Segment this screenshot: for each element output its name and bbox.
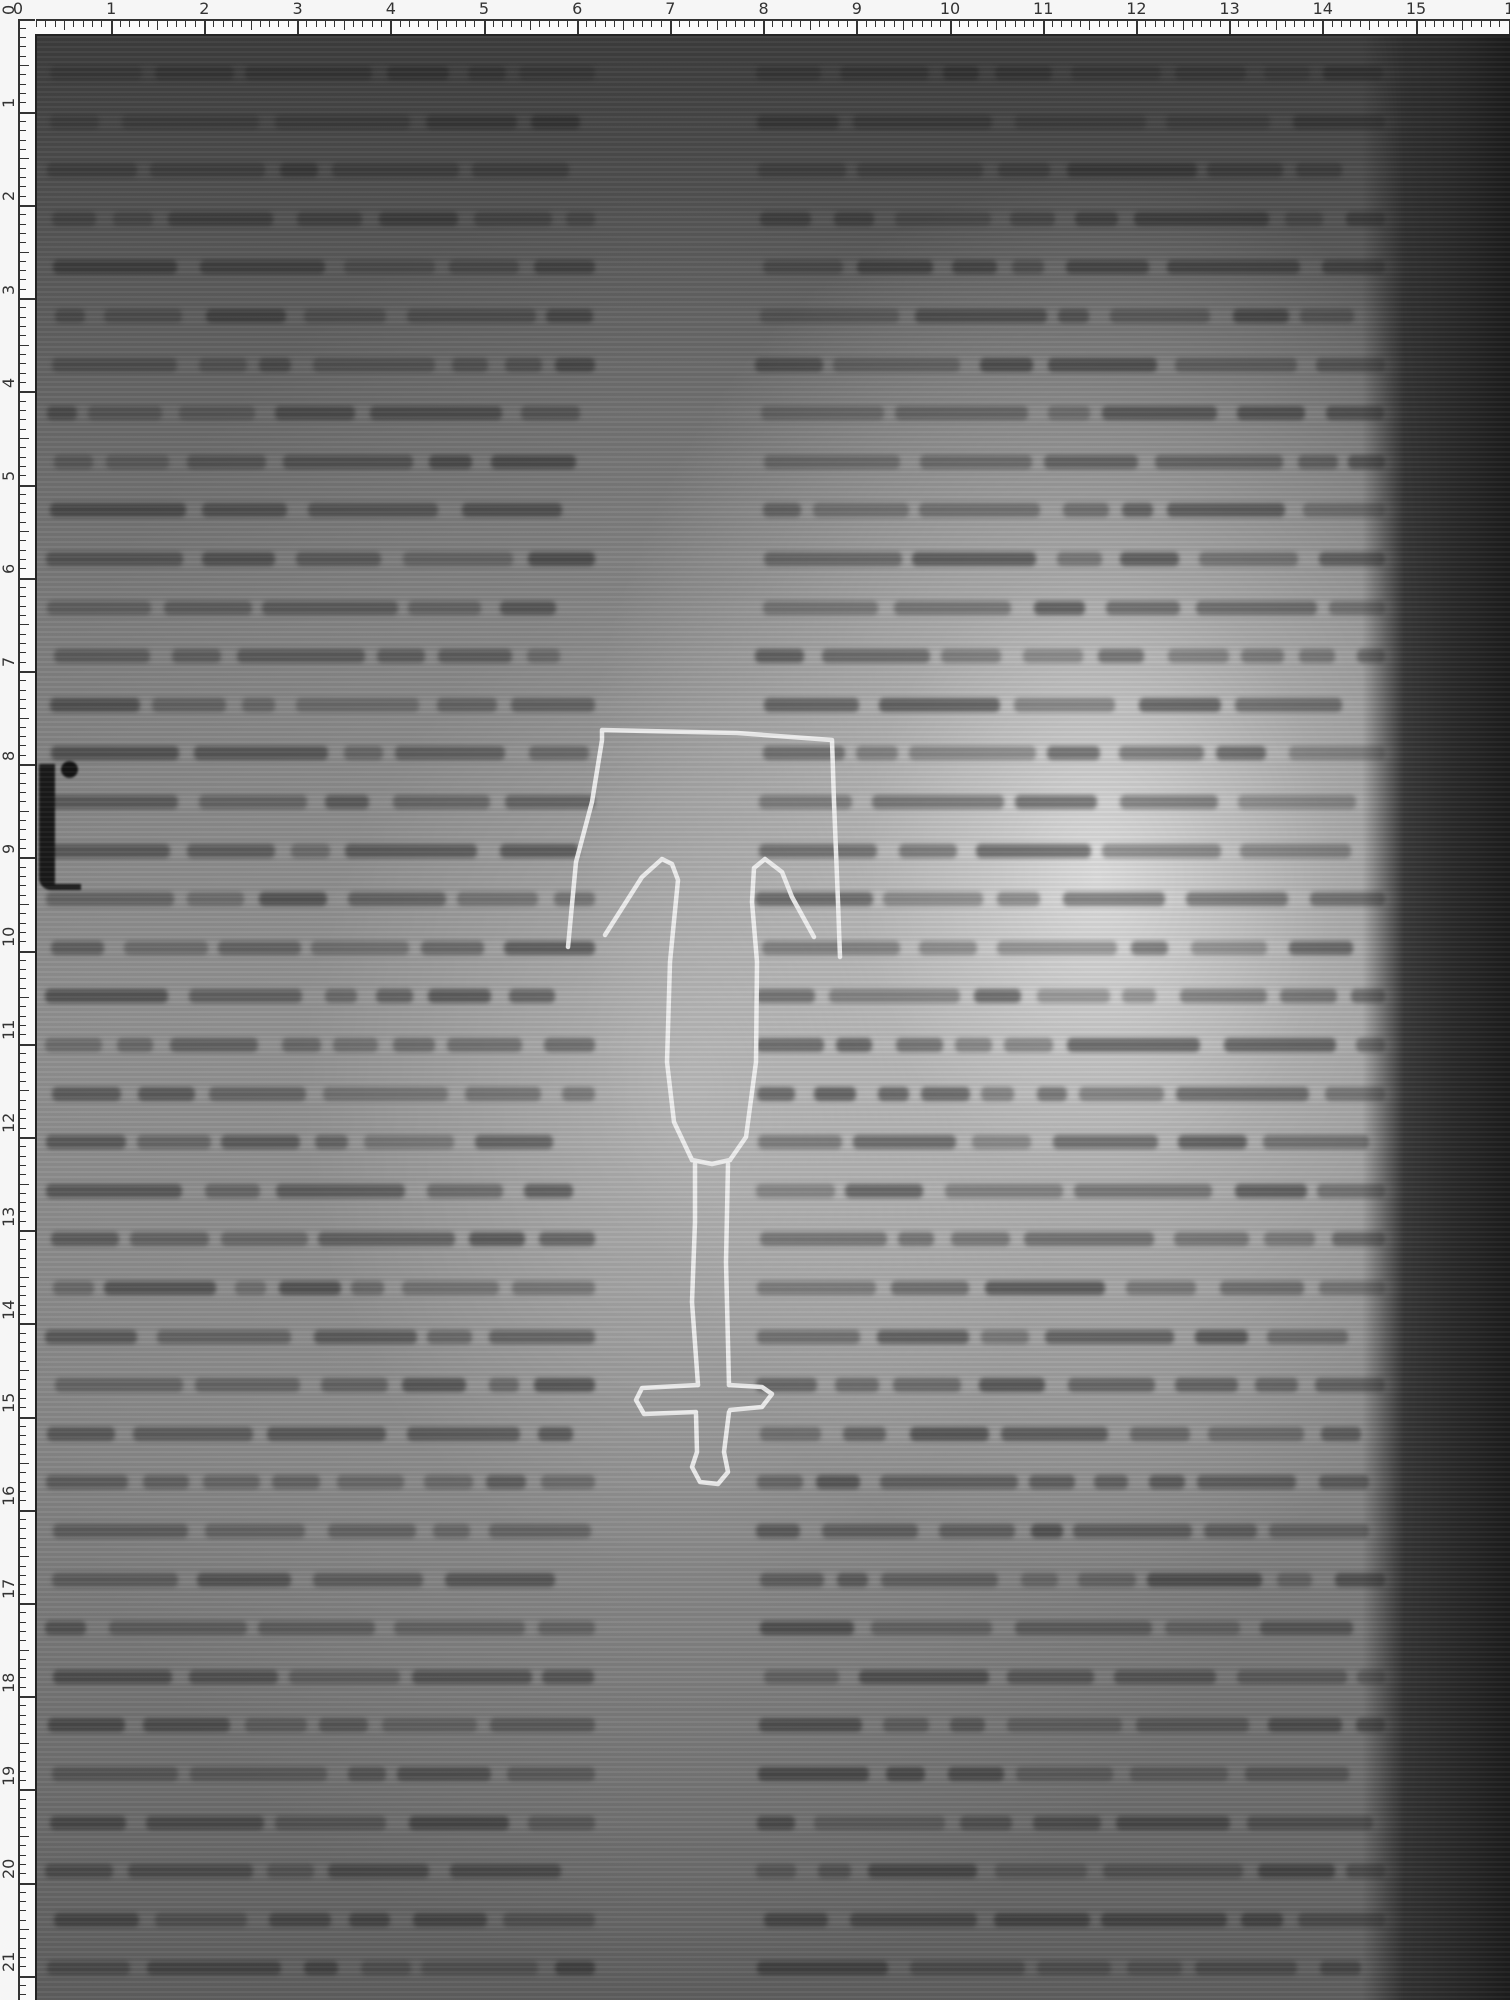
ruler-tick bbox=[20, 196, 26, 197]
ruler-tick bbox=[372, 21, 373, 27]
ruler-label: 20 bbox=[1, 1859, 17, 1879]
ruler-tick bbox=[20, 1305, 26, 1306]
ruler-tick bbox=[20, 1500, 26, 1501]
ruler-tick bbox=[20, 391, 35, 393]
ruler-label: 12 bbox=[1, 1113, 17, 1133]
ruler-label: 18 bbox=[1, 1672, 17, 1692]
ruler-tick bbox=[20, 485, 35, 487]
ruler-tick bbox=[20, 1006, 26, 1007]
ruler-tick bbox=[1388, 21, 1389, 27]
ruler-tick bbox=[20, 662, 26, 663]
ruler-tick bbox=[20, 773, 26, 774]
ruler-tick bbox=[20, 1547, 26, 1548]
ruler-tick bbox=[931, 21, 932, 27]
ruler-tick bbox=[20, 606, 26, 607]
ruler-tick bbox=[232, 21, 233, 27]
ruler-tick bbox=[20, 801, 26, 802]
ruler-tick bbox=[651, 21, 652, 27]
ruler-tick bbox=[20, 1715, 26, 1716]
ruler-label: 1 bbox=[1504, 0, 1510, 17]
ruler-tick bbox=[20, 1351, 26, 1352]
ruler-tick bbox=[1071, 21, 1072, 27]
ruler-tick bbox=[465, 21, 466, 27]
ruler-tick bbox=[20, 1417, 35, 1419]
ruler-tick bbox=[1332, 21, 1333, 27]
ruler-tick bbox=[20, 1724, 26, 1725]
ruler-tick bbox=[157, 21, 158, 30]
ruler-tick bbox=[20, 373, 26, 374]
ruler-label: 1 bbox=[1, 98, 17, 108]
ruler-tick bbox=[20, 1752, 26, 1753]
ruler-label: 12 bbox=[1126, 0, 1146, 17]
ruler-tick bbox=[511, 21, 512, 27]
ruler-tick bbox=[1220, 21, 1221, 27]
ruler-tick bbox=[20, 1118, 26, 1119]
ruler-tick bbox=[260, 21, 261, 27]
ruler-tick bbox=[1108, 21, 1109, 27]
ruler-tick bbox=[20, 1575, 26, 1576]
ruler-tick bbox=[20, 1743, 29, 1744]
ruler-tick bbox=[1155, 21, 1156, 27]
ruler-tick bbox=[1173, 21, 1174, 27]
ruler-tick bbox=[1285, 21, 1286, 27]
ruler-tick bbox=[20, 624, 29, 625]
ruler-tick bbox=[20, 1603, 35, 1605]
ruler-tick bbox=[20, 1221, 26, 1222]
ruler-label: 6 bbox=[1, 564, 17, 574]
ruler-tick bbox=[20, 1295, 26, 1296]
ruler-tick bbox=[20, 1444, 26, 1445]
ruler-label: 19 bbox=[1, 1765, 17, 1785]
ruler-tick bbox=[20, 28, 26, 29]
ruler-tick bbox=[20, 1146, 26, 1147]
ruler-tick bbox=[20, 363, 26, 364]
ruler-tick bbox=[20, 429, 26, 430]
ruler-tick bbox=[1033, 21, 1034, 27]
ruler-tick bbox=[20, 1230, 35, 1232]
ruler-tick bbox=[20, 1072, 26, 1073]
ruler-tick bbox=[20, 84, 26, 85]
ruler-tick bbox=[45, 21, 46, 27]
ruler-tick bbox=[437, 21, 438, 30]
ruler-tick bbox=[20, 466, 26, 467]
ruler-tick bbox=[614, 21, 615, 27]
ruler-tick bbox=[213, 21, 214, 27]
ruler-tick bbox=[1360, 21, 1361, 27]
ruler-tick bbox=[633, 21, 634, 27]
ruler-tick bbox=[20, 1901, 26, 1902]
ruler-tick bbox=[1024, 21, 1025, 27]
ruler-tick bbox=[20, 512, 26, 513]
ruler-tick bbox=[493, 21, 494, 27]
ruler-tick bbox=[20, 186, 26, 187]
ruler-tick bbox=[20, 401, 26, 402]
ruler-tick bbox=[20, 494, 26, 495]
ruler-tick bbox=[791, 21, 792, 27]
ruler-tick bbox=[20, 270, 26, 271]
ruler-tick bbox=[251, 21, 252, 30]
ruler-tick bbox=[185, 21, 186, 27]
ruler-label: 8 bbox=[1, 750, 17, 760]
ruler-tick bbox=[20, 1612, 26, 1613]
ruler-tick bbox=[20, 1948, 26, 1949]
ruler-tick bbox=[20, 279, 26, 280]
ruler-tick bbox=[20, 671, 35, 673]
ruler-tick bbox=[968, 21, 969, 27]
ruler-tick bbox=[20, 1668, 26, 1669]
ruler-tick bbox=[20, 522, 26, 523]
ruler-tick bbox=[241, 21, 242, 27]
ruler-tick bbox=[20, 1323, 35, 1325]
ruler-tick bbox=[20, 1249, 26, 1250]
ruler-tick bbox=[129, 21, 130, 27]
ruler-tick bbox=[20, 1817, 26, 1818]
ruler-tick bbox=[20, 1659, 26, 1660]
ruler-tick bbox=[20, 382, 26, 383]
watermark-outline-icon bbox=[37, 36, 1510, 2000]
page-edge-shadow bbox=[1362, 36, 1510, 2000]
ruler-tick bbox=[1192, 21, 1193, 27]
ruler-tick bbox=[1304, 21, 1305, 27]
ruler-tick bbox=[20, 205, 35, 207]
ruler-tick bbox=[726, 21, 727, 27]
ruler-tick bbox=[20, 112, 35, 114]
ruler-label: 0 bbox=[1, 5, 17, 15]
ruler-tick bbox=[20, 289, 26, 290]
ruler-tick bbox=[120, 21, 121, 27]
ruler-tick bbox=[20, 1883, 35, 1885]
ruler-tick bbox=[306, 21, 307, 27]
ruler-tick bbox=[800, 21, 801, 27]
ruler-tick bbox=[20, 1100, 26, 1101]
ruler-tick bbox=[20, 19, 35, 21]
ruler-tick bbox=[20, 755, 26, 756]
ruler-tick bbox=[20, 1491, 26, 1492]
ruler-tick bbox=[20, 550, 26, 551]
ruler-label: 2 bbox=[199, 0, 209, 17]
ruler-tick bbox=[20, 1696, 35, 1698]
ruler-tick bbox=[20, 895, 26, 896]
ruler-label: 9 bbox=[852, 0, 862, 17]
ruler-tick bbox=[922, 21, 923, 27]
ruler-tick bbox=[20, 969, 26, 970]
ruler-tick bbox=[20, 298, 35, 300]
ruler-tick bbox=[20, 820, 26, 821]
ruler-tick bbox=[1313, 21, 1314, 27]
ruler-tick bbox=[20, 1584, 26, 1585]
ruler-tick bbox=[20, 568, 26, 569]
ruler-tick bbox=[36, 21, 37, 27]
ruler-tick bbox=[689, 21, 690, 27]
ruler-tick bbox=[20, 74, 26, 75]
ruler-tick bbox=[20, 1016, 26, 1017]
ruler-tick bbox=[20, 531, 29, 532]
ruler-tick bbox=[20, 559, 26, 560]
ruler-tick bbox=[20, 1165, 26, 1166]
ruler-tick bbox=[20, 960, 26, 961]
ruler-tick bbox=[167, 21, 168, 27]
ruler-tick bbox=[605, 21, 606, 27]
ruler-tick bbox=[20, 419, 26, 420]
ruler-tick bbox=[20, 867, 26, 868]
ruler-tick bbox=[20, 1622, 26, 1623]
ruler-label: 3 bbox=[293, 0, 303, 17]
ruler-tick bbox=[20, 1957, 26, 1958]
ruler-tick bbox=[754, 21, 755, 27]
ruler-tick bbox=[20, 1314, 26, 1315]
ruler-label: 2 bbox=[1, 191, 17, 201]
ruler-tick bbox=[698, 21, 699, 27]
ruler-tick bbox=[20, 121, 26, 122]
ruler-tick bbox=[20, 335, 26, 336]
ruler-tick bbox=[20, 140, 26, 141]
ruler-tick bbox=[288, 21, 289, 27]
ruler-tick bbox=[1099, 21, 1100, 27]
ruler-tick bbox=[64, 21, 65, 30]
ruler-label: 8 bbox=[759, 0, 769, 17]
ruler-tick bbox=[20, 1389, 26, 1390]
ruler-tick bbox=[316, 21, 317, 27]
ruler-tick bbox=[20, 410, 26, 411]
ruler-tick bbox=[1127, 21, 1128, 27]
ruler-tick bbox=[20, 475, 26, 476]
ruler-tick bbox=[20, 1892, 26, 1893]
ruler-tick bbox=[20, 1929, 29, 1930]
ruler-tick bbox=[20, 158, 29, 159]
ruler-tick bbox=[1490, 21, 1491, 27]
ruler-tick bbox=[20, 913, 26, 914]
ruler-tick bbox=[20, 596, 26, 597]
ruler-tick bbox=[20, 1267, 26, 1268]
ruler-tick bbox=[269, 21, 270, 27]
ruler-tick bbox=[20, 634, 26, 635]
ruler-tick bbox=[661, 21, 662, 27]
ruler-tick bbox=[1397, 21, 1398, 27]
ruler-tick bbox=[20, 1733, 26, 1734]
ruler-tick bbox=[20, 1510, 35, 1512]
ruler-tick bbox=[20, 1044, 35, 1046]
ruler-tick bbox=[20, 988, 26, 989]
ruler-tick bbox=[20, 1454, 26, 1455]
ruler-tick bbox=[20, 1361, 26, 1362]
ruler-label: 11 bbox=[1, 1020, 17, 1040]
ruler-tick bbox=[539, 21, 540, 27]
ruler-tick bbox=[20, 615, 26, 616]
ruler-tick bbox=[20, 1808, 26, 1809]
ruler-tick bbox=[1481, 21, 1482, 27]
ruler-tick bbox=[20, 354, 26, 355]
ruler-tick bbox=[1210, 21, 1211, 27]
ruler-tick bbox=[838, 21, 839, 27]
ruler-tick bbox=[20, 1435, 26, 1436]
ruler-tick bbox=[92, 21, 93, 27]
ruler-tick bbox=[20, 1277, 29, 1278]
ruler-tick bbox=[20, 1631, 26, 1632]
ruler-tick bbox=[195, 21, 196, 27]
ruler-tick bbox=[344, 21, 345, 30]
ruler-tick bbox=[20, 745, 26, 746]
ruler-tick bbox=[977, 21, 978, 27]
ruler-tick bbox=[381, 21, 382, 27]
ruler-tick bbox=[1015, 21, 1016, 27]
ruler-tick bbox=[20, 718, 29, 719]
ruler-tick bbox=[20, 848, 26, 849]
ruler-label: 4 bbox=[386, 0, 396, 17]
ruler-tick bbox=[20, 65, 29, 66]
ruler-tick bbox=[20, 811, 29, 812]
ruler-tick bbox=[1462, 21, 1463, 30]
ruler-tick bbox=[828, 21, 829, 27]
ruler-tick bbox=[20, 736, 26, 737]
ruler-tick bbox=[73, 21, 74, 27]
ruler-tick bbox=[20, 1407, 26, 1408]
ruler-tick bbox=[20, 1594, 26, 1595]
ruler-tick bbox=[20, 1239, 26, 1240]
ruler-tick bbox=[1294, 21, 1295, 27]
ruler-tick bbox=[20, 93, 26, 94]
ruler-tick bbox=[20, 1034, 26, 1035]
ruler-tick bbox=[20, 941, 26, 942]
ruler-tick bbox=[20, 1184, 29, 1185]
ruler-tick bbox=[20, 307, 26, 308]
ruler-tick bbox=[20, 1650, 29, 1651]
ruler-tick bbox=[530, 21, 531, 30]
ruler-tick bbox=[20, 1286, 26, 1287]
ruler-tick bbox=[20, 829, 26, 830]
ruler-tick bbox=[55, 21, 56, 27]
ruler-tick bbox=[418, 21, 419, 27]
ruler-tick bbox=[20, 1379, 26, 1380]
ruler-tick bbox=[409, 21, 410, 27]
ruler-tick bbox=[1406, 21, 1407, 27]
ruler-tick bbox=[148, 21, 149, 27]
ruler-tick bbox=[875, 21, 876, 27]
ruler-tick bbox=[20, 130, 26, 131]
ruler-label: 11 bbox=[1033, 0, 1053, 17]
ruler-tick bbox=[20, 932, 26, 933]
ruler-tick bbox=[446, 21, 447, 27]
ruler-tick bbox=[20, 1910, 26, 1911]
ruler-label: 7 bbox=[1, 657, 17, 667]
ruler-tick bbox=[1238, 21, 1239, 27]
ruler-tick bbox=[1471, 21, 1472, 27]
ruler-tick bbox=[20, 1333, 26, 1334]
ruler-tick bbox=[20, 1211, 26, 1212]
ruler-tick bbox=[20, 1193, 26, 1194]
ruler-tick bbox=[894, 21, 895, 27]
ruler-tick bbox=[1183, 21, 1184, 30]
ruler-tick bbox=[20, 1873, 26, 1874]
ruler-tick bbox=[20, 1938, 26, 1939]
ruler-tick bbox=[20, 643, 26, 644]
ruler-tick bbox=[20, 1090, 29, 1091]
ruler-tick bbox=[20, 447, 26, 448]
ruler-tick bbox=[586, 21, 587, 27]
ruler-tick bbox=[325, 21, 326, 27]
manuscript-photo bbox=[35, 34, 1510, 2000]
ruler-tick bbox=[20, 923, 26, 924]
ruler-label: 16 bbox=[1, 1486, 17, 1506]
ruler-tick bbox=[20, 46, 26, 47]
ruler-tick bbox=[20, 997, 29, 998]
ruler-tick bbox=[20, 233, 26, 234]
ruler-tick bbox=[549, 21, 550, 27]
ruler-tick bbox=[20, 839, 26, 840]
ruler-tick bbox=[278, 21, 279, 27]
ruler-tick bbox=[20, 1677, 26, 1678]
ruler-tick bbox=[353, 21, 354, 27]
ruler-tick bbox=[20, 1258, 26, 1259]
ruler-tick bbox=[428, 21, 429, 27]
ruler-tick bbox=[20, 699, 26, 700]
ruler-tick bbox=[20, 1920, 26, 1921]
ruler-tick bbox=[810, 21, 811, 30]
ruler-tick bbox=[772, 21, 773, 27]
ruler-tick bbox=[996, 21, 997, 30]
ruler-tick bbox=[642, 21, 643, 27]
ruler-tick bbox=[1117, 21, 1118, 27]
ruler-label: 6 bbox=[572, 0, 582, 17]
ruler-tick bbox=[502, 21, 503, 27]
ruler-tick bbox=[987, 21, 988, 27]
ruler-tick bbox=[1080, 21, 1081, 27]
ruler-tick bbox=[20, 708, 26, 709]
ruler-tick bbox=[20, 792, 26, 793]
ruler-tick bbox=[20, 1463, 29, 1464]
ruler-tick bbox=[20, 261, 26, 262]
ruler-tick bbox=[20, 1081, 26, 1082]
ruler-tick bbox=[1369, 21, 1370, 30]
ruler-tick bbox=[1145, 21, 1146, 27]
ruler-tick bbox=[20, 345, 29, 346]
ruler-tick bbox=[1341, 21, 1342, 27]
ruler-tick bbox=[474, 21, 475, 27]
ruler-tick bbox=[20, 652, 26, 653]
ruler-tick bbox=[20, 764, 35, 766]
ruler-tick bbox=[456, 21, 457, 27]
ruler-tick bbox=[20, 587, 26, 588]
ruler-tick bbox=[20, 177, 26, 178]
ruler-label: 13 bbox=[1, 1206, 17, 1226]
ruler-tick bbox=[1443, 21, 1444, 27]
ruler-tick bbox=[1052, 21, 1053, 27]
ruler-tick bbox=[912, 21, 913, 27]
ruler-tick bbox=[20, 503, 26, 504]
ruler-tick bbox=[20, 1370, 29, 1371]
ruler-tick bbox=[20, 1845, 26, 1846]
vertical-ruler bbox=[18, 19, 36, 2000]
ruler-label: 10 bbox=[940, 0, 960, 17]
ruler-tick bbox=[334, 21, 335, 27]
ruler-tick bbox=[20, 1761, 26, 1762]
ruler-tick bbox=[1378, 21, 1379, 27]
ruler-tick bbox=[1425, 21, 1426, 27]
ruler-tick bbox=[20, 1976, 35, 1978]
ruler-tick bbox=[20, 876, 26, 877]
ruler-tick bbox=[400, 21, 401, 27]
ruler-tick bbox=[20, 1137, 35, 1139]
ruler-tick bbox=[20, 783, 26, 784]
ruler-tick bbox=[595, 21, 596, 27]
ruler-tick bbox=[20, 56, 26, 57]
ruler-tick bbox=[1164, 21, 1165, 27]
ruler-tick bbox=[940, 21, 941, 27]
ruler-tick bbox=[558, 21, 559, 27]
ruler-label: 21 bbox=[1, 1952, 17, 1972]
ruler-tick bbox=[1276, 21, 1277, 30]
ruler-label: 1 bbox=[106, 0, 116, 17]
ruler-tick bbox=[20, 1202, 26, 1203]
